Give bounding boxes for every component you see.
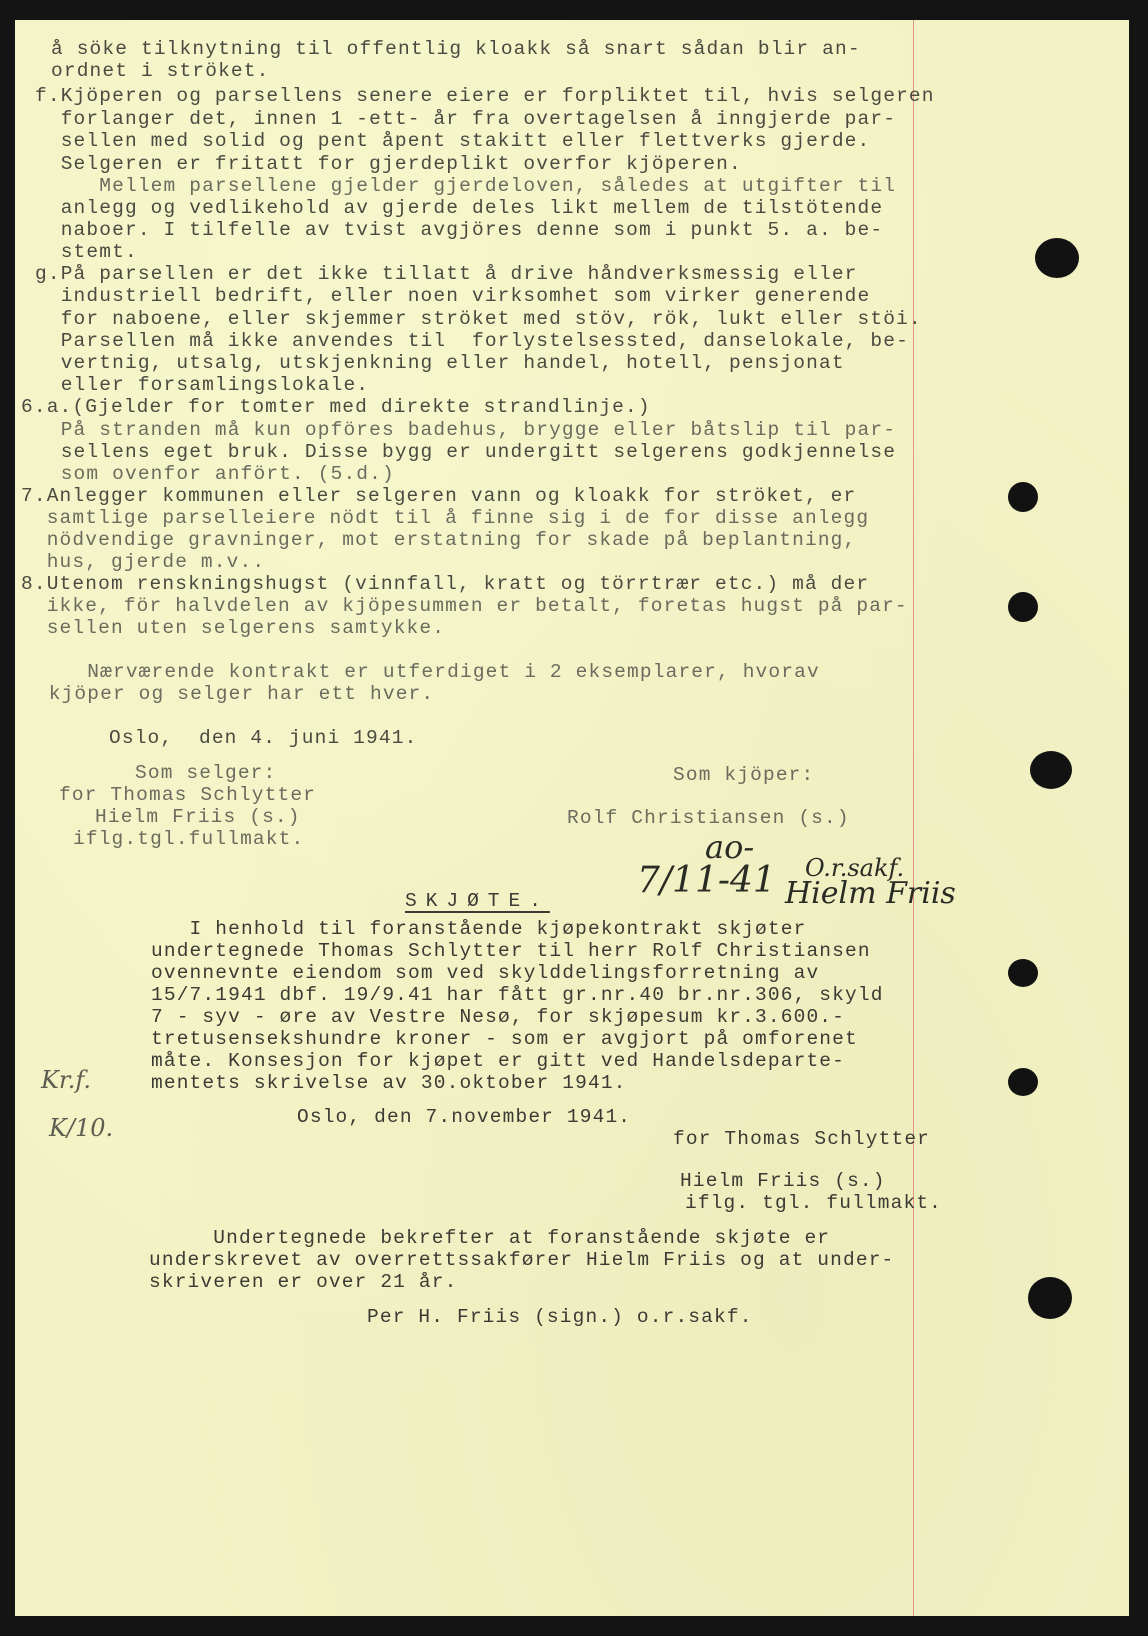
contract-line: ordnet i ströket.	[51, 60, 269, 82]
contract-line: anlegg og vedlikehold av gjerde deles li…	[35, 197, 883, 219]
deed-line: 15/7.1941 dbf. 19/9.41 har fått gr.nr.40…	[151, 984, 884, 1006]
deed-line: måte. Konsesjon for kjøpet er gitt ved H…	[151, 1050, 845, 1072]
contract-line: som ovenfor anfört. (5.d.)	[35, 463, 395, 485]
punch-hole	[1008, 482, 1038, 512]
contract-line: for naboene, eller skjemmer ströket med …	[35, 308, 922, 330]
certification-line: Undertegnede bekrefter at foranstående s…	[149, 1227, 830, 1249]
deed-line: mentets skrivelse av 30.oktober 1941.	[151, 1072, 627, 1094]
contract-line: Parsellen må ikke anvendes til forlystel…	[35, 330, 909, 352]
contract-line: nödvendige gravninger, mot erstatning fo…	[21, 529, 856, 551]
closing-line: Nærværende kontrakt er utferdiget i 2 ek…	[23, 661, 820, 683]
buyer-name: Rolf Christiansen (s.)	[567, 807, 850, 829]
contract-line: å söke tilknytning til offentlig kloakk …	[51, 38, 861, 60]
margin-note: K/10.	[49, 1114, 113, 1142]
deed-signer-line: iflg. tgl. fullmakt.	[685, 1192, 942, 1214]
deed-date: Oslo, den 7.november 1941.	[297, 1106, 631, 1128]
deed-signer-line: Hielm Friis (s.)	[680, 1170, 886, 1192]
contract-line: naboer. I tilfelle av tvist avgjöres den…	[35, 219, 883, 241]
document-page: å söke tilknytning til offentlig kloakk …	[15, 20, 1129, 1616]
deed-line: 7 - syv - øre av Vestre Nesø, for skjøpe…	[151, 1006, 845, 1028]
seller-line: iflg.tgl.fullmakt.	[73, 828, 304, 850]
contract-line: industriell bedrift, eller noen virksomh…	[35, 285, 870, 307]
contract-line: eller forsamlingslokale.	[35, 374, 369, 396]
seller-line: Hielm Friis (s.)	[95, 806, 301, 828]
contract-clause-8: 8.Utenom renskningshugst (vinnfall, krat…	[21, 573, 869, 595]
certification-signature: Per H. Friis (sign.) o.r.sakf.	[367, 1306, 753, 1328]
closing-line: kjöper og selger har ett hver.	[23, 683, 434, 705]
punch-hole	[1035, 238, 1079, 278]
buyer-label: Som kjöper:	[673, 764, 814, 786]
handwritten-signature: Hielm Friis	[785, 876, 956, 911]
deed-line: undertegnede Thomas Schlytter til herr R…	[151, 940, 871, 962]
deed-signer-line: for Thomas Schlytter	[673, 1128, 930, 1150]
deed-line: tretusensekshundre kroner - som er avgjo…	[151, 1028, 858, 1050]
contract-line: samtlige parselleiere nödt til å finne s…	[21, 507, 869, 529]
contract-line: sellen uten selgerens samtykke.	[21, 617, 445, 639]
contract-clause-f: f.Kjöperen og parsellens senere eiere er…	[35, 85, 935, 107]
seller-line: for Thomas Schlytter	[59, 784, 316, 806]
contract-date: Oslo, den 4. juni 1941.	[109, 727, 417, 749]
contract-clause-7: 7.Anlegger kommunen eller selgeren vann …	[21, 485, 856, 507]
punch-hole	[1008, 592, 1038, 622]
handwritten-date: 7/11-41	[637, 860, 776, 901]
contract-line: stemt.	[35, 241, 138, 263]
contract-line: ikke, för halvdelen av kjöpesummen er be…	[21, 595, 908, 617]
contract-line: sellens eget bruk. Disse bygg er undergi…	[35, 441, 896, 463]
certification-line: skriveren er over 21 år.	[149, 1271, 457, 1293]
contract-line: hus, gjerde m.v..	[21, 551, 265, 573]
margin-note: Kr.f.	[41, 1066, 91, 1094]
punch-hole	[1030, 751, 1072, 789]
contract-line: På stranden må kun opföres badehus, bryg…	[35, 419, 896, 441]
contract-line: vertnig, utsalg, utskjenkning eller hand…	[35, 352, 845, 374]
punch-hole	[1008, 959, 1038, 987]
contract-line: forlanger det, innen 1 -ett- år fra over…	[35, 108, 896, 130]
contract-line: Mellem parsellene gjelder gjerdeloven, s…	[35, 175, 896, 197]
seller-label: Som selger:	[135, 762, 276, 784]
deed-line: ovennevnte eiendom som ved skylddelingsf…	[151, 962, 819, 984]
punch-hole	[1008, 1068, 1038, 1096]
deed-line: I henhold til foranstående kjøpekontrakt…	[151, 918, 806, 940]
contract-clause-g: g.På parsellen er det ikke tillatt å dri…	[35, 263, 858, 285]
contract-line: sellen med solid og pent åpent stakitt e…	[35, 130, 870, 152]
contract-line: Selgeren er fritatt for gjerdeplikt over…	[35, 153, 742, 175]
red-margin-line	[913, 20, 914, 1616]
deed-title: SKJØTE.	[405, 890, 550, 912]
certification-line: underskrevet av overrettssakfører Hielm …	[149, 1249, 894, 1271]
punch-hole	[1028, 1277, 1072, 1319]
contract-clause-6a: 6.a.(Gjelder for tomter med direkte stra…	[21, 396, 651, 418]
